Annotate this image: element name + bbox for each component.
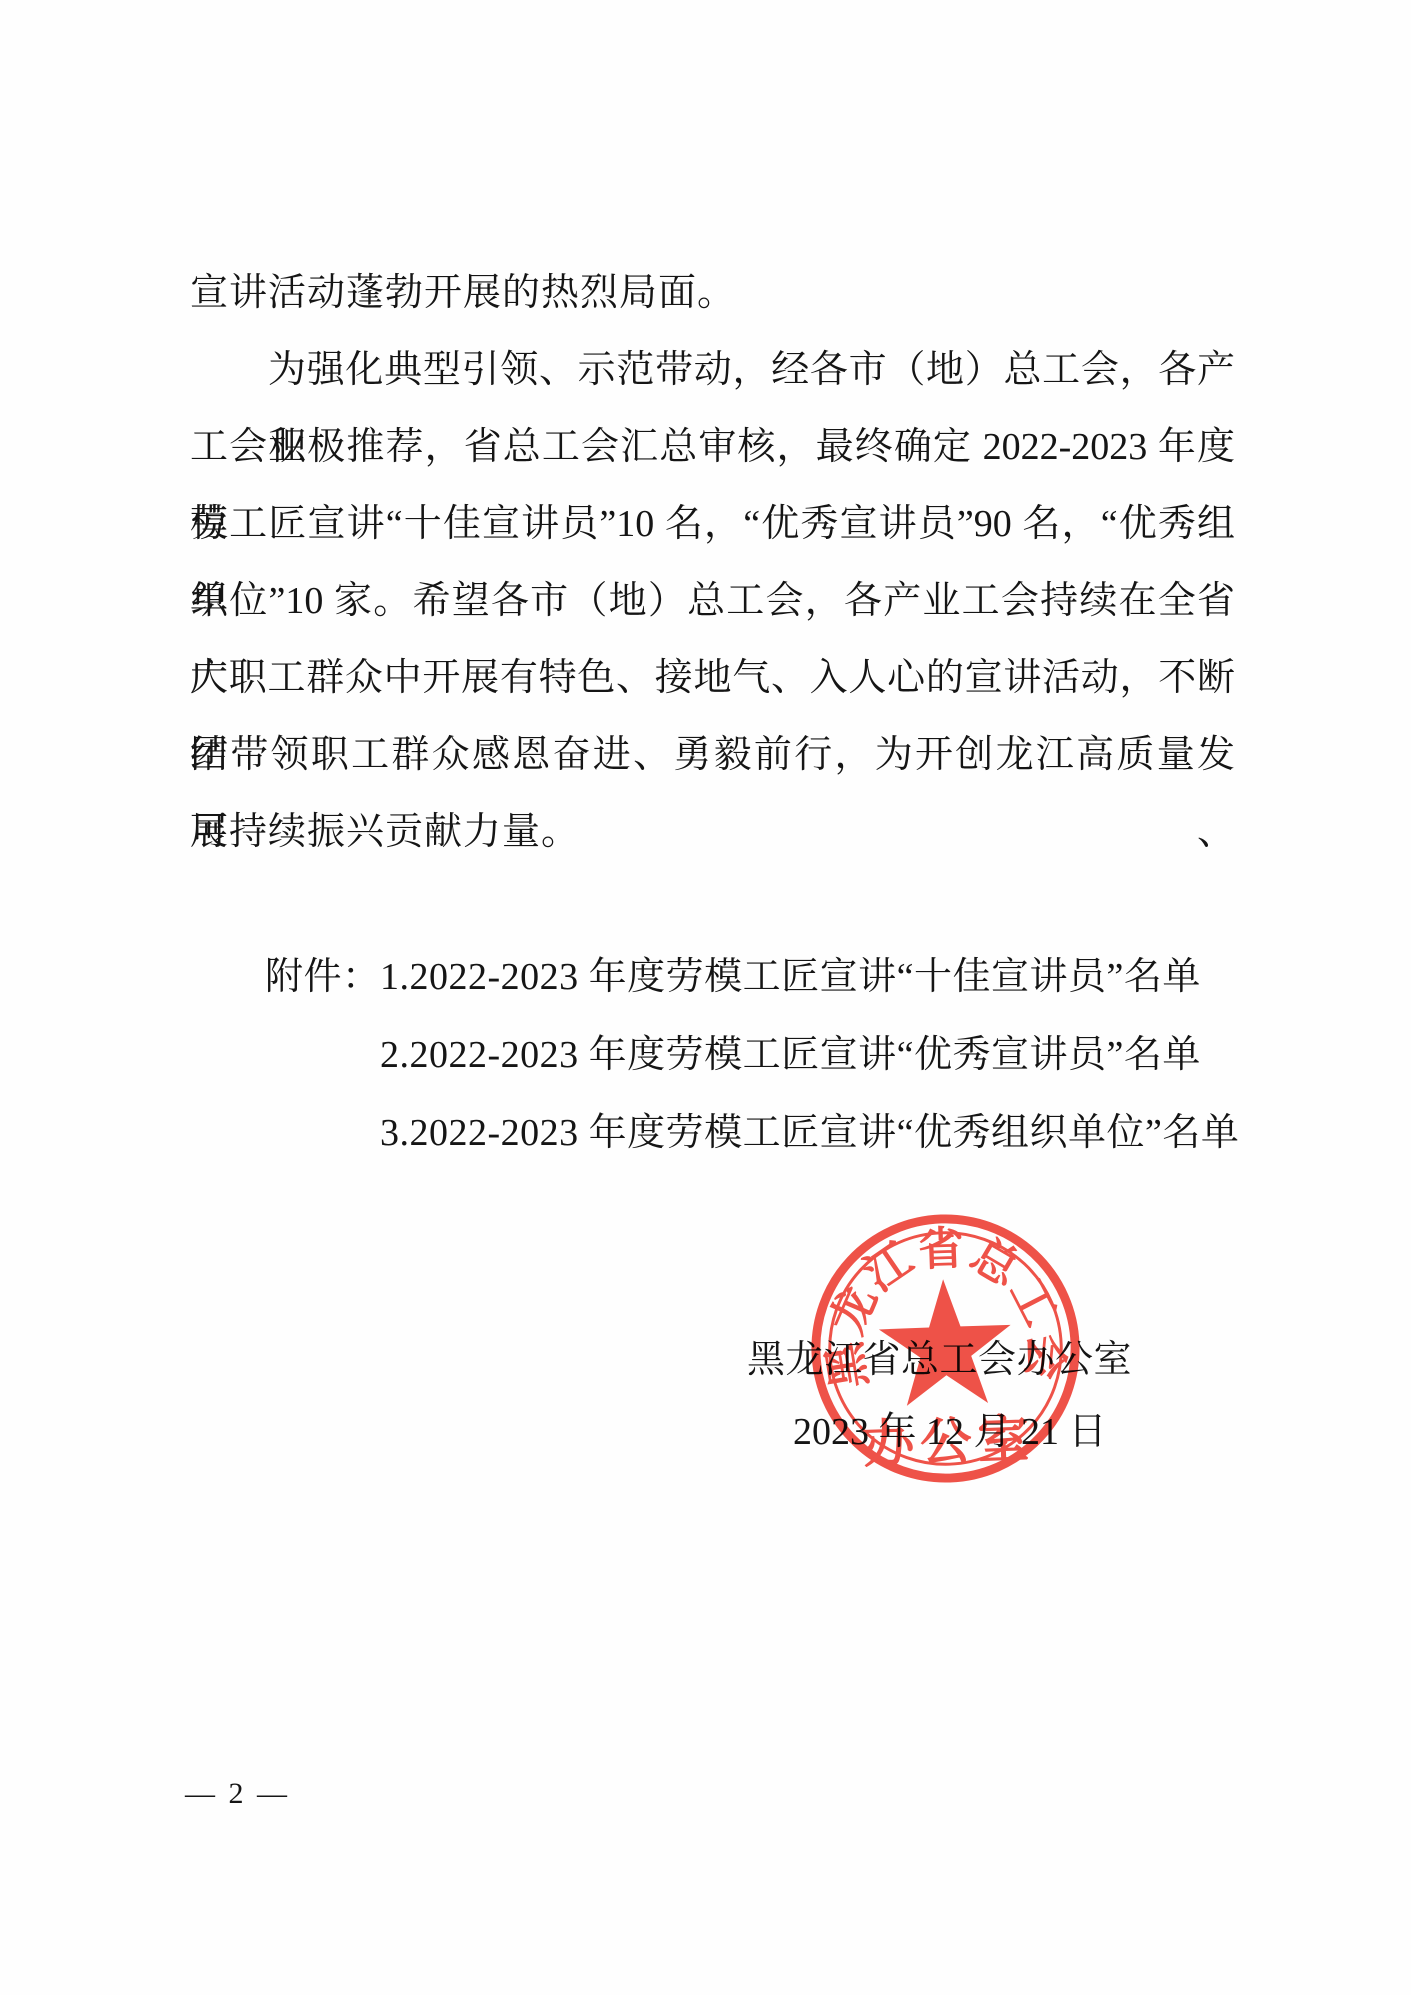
attachment-item: 1.2022-2023 年度劳模工匠宣讲“十佳宣讲员”名单 bbox=[380, 956, 1201, 998]
body-text: 宣讲活动蓬勃开展的热烈局面。为强化典型引领、示范带动，经各市（地）总工会，各产业… bbox=[190, 255, 1235, 871]
body-line: 工会积极推荐，省总工会汇总审核，最终确定 2022-2023 年度劳 bbox=[190, 409, 1235, 486]
body-line: 为强化典型引领、示范带动，经各市（地）总工会，各产业 bbox=[190, 332, 1235, 409]
body-line: 结带领职工群众感恩奋进、勇毅前行，为开创龙江高质量发展、 bbox=[190, 717, 1235, 794]
attachment-row: 3.2022-2023 年度劳模工匠宣讲“优秀组织单位”名单 bbox=[265, 1094, 1265, 1172]
attachment-row: 附件：1.2022-2023 年度劳模工匠宣讲“十佳宣讲员”名单 bbox=[265, 938, 1265, 1016]
attachment-item: 3.2022-2023 年度劳模工匠宣讲“优秀组织单位”名单 bbox=[380, 1112, 1239, 1154]
body-line: 大职工群众中开展有特色、接地气、入人心的宣讲活动，不断团 bbox=[190, 640, 1235, 717]
document-page: 宣讲活动蓬勃开展的热烈局面。为强化典型引领、示范带动，经各市（地）总工会，各产业… bbox=[0, 0, 1411, 1995]
attachment-item: 2.2022-2023 年度劳模工匠宣讲“优秀宣讲员”名单 bbox=[380, 1034, 1201, 1076]
attachment-list: 附件：1.2022-2023 年度劳模工匠宣讲“十佳宣讲员”名单2.2022-2… bbox=[265, 938, 1265, 1172]
body-line: 模工匠宣讲“十佳宣讲员”10 名，“优秀宣讲员”90 名，“优秀组织 bbox=[190, 486, 1235, 563]
body-line: 宣讲活动蓬勃开展的热烈局面。 bbox=[190, 255, 1235, 332]
attachment-row: 2.2022-2023 年度劳模工匠宣讲“优秀宣讲员”名单 bbox=[265, 1016, 1265, 1094]
official-seal: 黑龙江省总工会 办公室 bbox=[802, 1205, 1088, 1491]
attachment-label: 附件： bbox=[265, 938, 380, 1016]
body-line: 单位”10 家。希望各市（地）总工会，各产业工会持续在全省广 bbox=[190, 563, 1235, 640]
page-number: — 2 — bbox=[185, 1775, 290, 1813]
seal-star-icon bbox=[877, 1277, 1013, 1407]
seal-bottom-text: 办公室 bbox=[862, 1409, 1036, 1473]
